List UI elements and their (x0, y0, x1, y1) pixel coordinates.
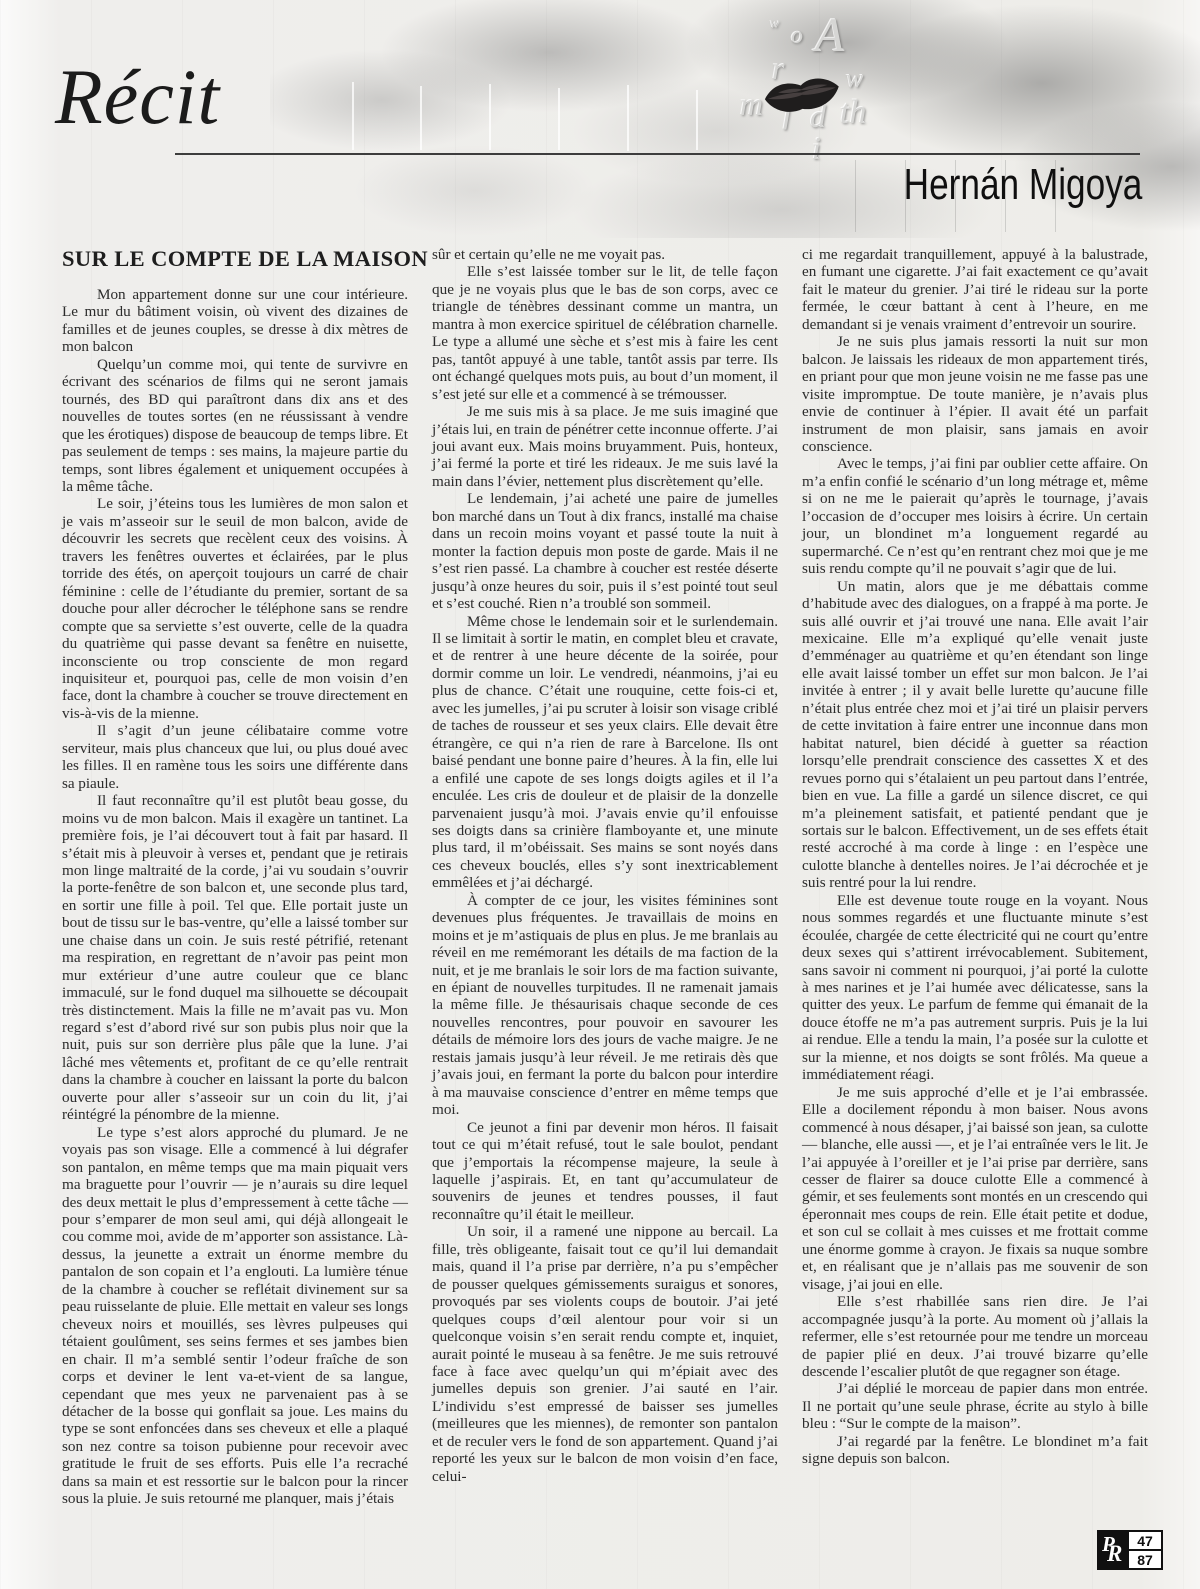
story-paragraph: Avec le temps, j’ai fini par oublier cet… (802, 455, 1148, 577)
section-title: Récit (55, 58, 220, 136)
ghost-letter: m (740, 88, 763, 120)
page-header: woArwmfdthi Récit Hernán Migoya (0, 0, 1200, 245)
story-paragraph: Je me suis mis à sa place. Je me suis im… (432, 403, 778, 490)
magazine-page: woArwmfdthi Récit Hernán Migoya SUR LE C… (0, 0, 1200, 1589)
magazine-logo: P R 47 87 (1097, 1530, 1163, 1570)
story-paragraph: Le soir, j’éteins tous les lumières de m… (62, 495, 408, 722)
story-paragraph: J’ai déplié le morceau de papier dans mo… (802, 1380, 1148, 1432)
scan-line (855, 160, 856, 232)
ghost-letter: th (840, 96, 866, 130)
story-paragraph: Même chose le lendemain soir et le surle… (432, 613, 778, 892)
column-1-text: Mon appartement donne sur une cour intér… (62, 286, 408, 1508)
ghost-letter: w (770, 18, 779, 32)
story-paragraph: Je ne suis plus jamais ressorti la nuit … (802, 333, 1148, 455)
scan-streak (627, 85, 629, 151)
logo-monogram: P R (1099, 1532, 1127, 1568)
scan-streak (420, 86, 422, 150)
story-paragraph: J’ai regardé par la fenêtre. Le blondine… (802, 1433, 1148, 1468)
page-number: 47 (1129, 1532, 1161, 1549)
story-paragraph: Il s’agit d’un jeune célibataire comme v… (62, 722, 408, 792)
ghost-letter: i (812, 132, 821, 164)
story-title: SUR LE COMPTE DE LA MAISON (62, 246, 408, 272)
ghost-letter: A (815, 12, 844, 60)
story-paragraph: sûr et certain qu’elle ne me voyait pas. (432, 246, 778, 263)
story-paragraph: Je me suis approché d’elle et je l’ai em… (802, 1084, 1148, 1293)
logo-numbers: 47 87 (1127, 1532, 1161, 1568)
column-2: sûr et certain qu’elle ne me voyait pas.… (432, 246, 778, 1508)
ghost-letter: w (846, 66, 863, 92)
story-paragraph: Elle s’est laissée tomber sur le lit, de… (432, 263, 778, 403)
story-paragraph: Ce jeunot a fini par devenir mon héros. … (432, 1119, 778, 1224)
column-2-text: sûr et certain qu’elle ne me voyait pas.… (432, 246, 778, 1485)
column-3-text: ci me regardait tranquillement, appuyé à… (802, 246, 1148, 1468)
story-paragraph: Un soir, il a ramené une nippone au berc… (432, 1223, 778, 1485)
story-paragraph: Un matin, alors que je me débattais comm… (802, 578, 1148, 892)
scan-streak (558, 88, 560, 150)
issue-number: 87 (1129, 1549, 1161, 1568)
scan-streak (696, 90, 698, 150)
story-paragraph: Il faut reconnaître qu’il est plutôt bea… (62, 792, 408, 1124)
ghost-letter: o (791, 24, 803, 48)
story-paragraph: Quelqu’un comme moi, qui tente de surviv… (62, 356, 408, 496)
column-3: ci me regardait tranquillement, appuyé à… (802, 246, 1148, 1508)
scan-streak (489, 84, 491, 150)
story-paragraph: À compter de ce jour, les visites fémini… (432, 892, 778, 1119)
story-body: SUR LE COMPTE DE LA MAISON Mon apparteme… (62, 246, 1148, 1508)
story-paragraph: Le lendemain, j’ai acheté une paire de j… (432, 490, 778, 612)
story-paragraph: Mon appartement donne sur une cour intér… (62, 286, 408, 356)
story-paragraph: Elle est devenue toute rouge en la voyan… (802, 892, 1148, 1084)
story-paragraph: Le type s’est alors approché du plumard.… (62, 1124, 408, 1508)
logo-letter-r: R (1107, 1541, 1122, 1567)
story-paragraph: ci me regardait tranquillement, appuyé à… (802, 246, 1148, 333)
author-name: Hernán Migoya (903, 160, 1142, 210)
header-rule (175, 153, 1140, 155)
scan-streak (352, 82, 354, 150)
story-paragraph: Elle s’est rhabillée sans rien dire. Je … (802, 1293, 1148, 1380)
column-1: SUR LE COMPTE DE LA MAISON Mon apparteme… (62, 246, 408, 1508)
